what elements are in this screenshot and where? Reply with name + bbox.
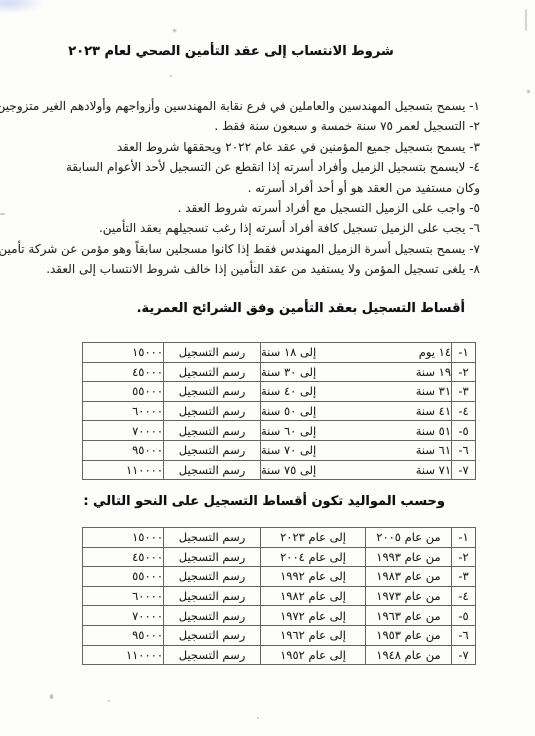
age-to: إلى ١٨ سنة [261, 345, 316, 359]
row-number: ٣- [452, 382, 476, 402]
scan-speck [173, 29, 176, 32]
row-number: ٧- [452, 645, 476, 665]
fee-amount: ١٥٠٠٠ [83, 343, 164, 363]
condition-item-2: ٢- التسجيل لعمر ٧٥ سنة خمسة و سبعون سنة … [54, 116, 480, 136]
birth-from-year: من عام ٢٠٠٥ [366, 528, 452, 548]
condition-item-6: ٦- يجب على الزميل تسجيل كافة أفراد أسرته… [54, 218, 480, 238]
fee-amount: ٧٠٠٠٠ [83, 606, 164, 626]
fee-amount: ٦٠٠٠٠ [83, 586, 164, 606]
fee-amount: ١١٠٠٠٠ [83, 460, 164, 480]
fee-label: رسم التسجيل [164, 401, 261, 421]
fee-amount: ٤٥٠٠٠ [83, 362, 164, 382]
table-row: ٥- ٥١ سنةإلى ٦٠ سنة رسم التسجيل ٧٠٠٠٠ [83, 421, 476, 441]
table-row: ٢- من عام ١٩٩٣ إلى عام ٢٠٠٤ رسم التسجيل … [83, 547, 476, 567]
age-from: ٥١ سنة [416, 424, 451, 438]
scan-speck [0, 213, 5, 215]
birth-fees-table: ١- من عام ٢٠٠٥ إلى عام ٢٠٢٣ رسم التسجيل … [82, 527, 476, 665]
scan-tint-artifact [0, 0, 42, 13]
birth-from-year: من عام ١٩٧٣ [366, 586, 452, 606]
age-to: إلى ٣٠ سنة [261, 365, 316, 379]
fee-label: رسم التسجيل [164, 528, 261, 548]
conditions-list: ١- يسمح بتسجيل المهندسين والعاملين في فر… [54, 96, 480, 280]
condition-item-5: ٥- واجب على الزميل التسجيل مع أفراد أسرت… [54, 198, 480, 218]
scan-speck [257, 717, 259, 719]
age-to: إلى ٧٥ سنة [261, 463, 316, 477]
age-to: إلى ٦٠ سنة [261, 424, 316, 438]
fee-label: رسم التسجيل [164, 625, 261, 645]
age-fees-table: ١- ١٤ يومإلى ١٨ سنة رسم التسجيل ١٥٠٠٠ ٢-… [82, 342, 476, 480]
birth-from-year: من عام ١٩٥٣ [366, 625, 452, 645]
table-row: ٧- ٧١ سنةإلى ٧٥ سنة رسم التسجيل ١١٠٠٠٠ [83, 460, 476, 480]
fee-amount: ١٥٠٠٠ [83, 528, 164, 548]
fee-amount: ١١٠٠٠٠ [83, 645, 164, 665]
age-from: ٣١ سنة [416, 384, 451, 398]
fee-label: رسم التسجيل [164, 382, 261, 402]
age-table-heading: أقساط التسجيل بعقد التأمين وفق الشرائح ا… [137, 301, 465, 316]
birth-table-heading: وحسب المواليد تكون أقساط التسجيل على الن… [83, 494, 445, 509]
row-number: ٢- [452, 362, 476, 382]
row-number: ١- [452, 528, 476, 548]
scan-speck [170, 75, 172, 77]
table-row: ٣- من عام ١٩٨٣ إلى عام ١٩٩٢ رسم التسجيل … [83, 567, 476, 587]
birth-to-year: إلى عام ٢٠٠٤ [261, 547, 366, 567]
condition-item-4: ٤- لايسمح بتسجيل الزميل وأفراد أسرته إذا… [54, 157, 480, 198]
birth-to-year: إلى عام ١٩٥٢ [261, 645, 366, 665]
fee-label: رسم التسجيل [164, 421, 261, 441]
age-range-cell: ٣١ سنةإلى ٤٠ سنة [261, 382, 452, 402]
table-row: ٥- من عام ١٩٦٣ إلى عام ١٩٧٢ رسم التسجيل … [83, 606, 476, 626]
table-row: ٢- ١٩ سنةإلى ٣٠ سنة رسم التسجيل ٤٥٠٠٠ [83, 362, 476, 382]
fee-amount: ٥٥٠٠٠ [83, 382, 164, 402]
row-number: ١- [452, 343, 476, 363]
scan-speck [50, 694, 53, 699]
fee-amount: ٩٥٠٠٠ [83, 625, 164, 645]
fee-amount: ٦٠٠٠٠ [83, 401, 164, 421]
fee-label: رسم التسجيل [164, 362, 261, 382]
row-number: ٢- [452, 547, 476, 567]
age-from: ٦١ سنة [416, 443, 451, 457]
age-range-cell: ٧١ سنةإلى ٧٥ سنة [261, 460, 452, 480]
fee-amount: ٩٥٠٠٠ [83, 440, 164, 460]
fee-amount: ٧٠٠٠٠ [83, 421, 164, 441]
age-to: إلى ٧٠ سنة [261, 443, 316, 457]
table-row: ٤- ٤١ سنةإلى ٥٠ سنة رسم التسجيل ٦٠٠٠٠ [83, 401, 476, 421]
birth-to-year: إلى عام ١٩٦٢ [261, 625, 366, 645]
fee-label: رسم التسجيل [164, 586, 261, 606]
birth-from-year: من عام ١٩٩٣ [366, 547, 452, 567]
row-number: ٦- [452, 440, 476, 460]
table-row: ٦- من عام ١٩٥٣ إلى عام ١٩٦٢ رسم التسجيل … [83, 625, 476, 645]
fee-label: رسم التسجيل [164, 440, 261, 460]
scan-speck [525, 9, 527, 31]
row-number: ٤- [452, 401, 476, 421]
fee-amount: ٤٥٠٠٠ [83, 547, 164, 567]
birth-from-year: من عام ١٩٦٣ [366, 606, 452, 626]
birth-to-year: إلى عام ١٩٨٢ [261, 586, 366, 606]
table-row: ١- من عام ٢٠٠٥ إلى عام ٢٠٢٣ رسم التسجيل … [83, 528, 476, 548]
row-number: ٤- [452, 586, 476, 606]
age-from: ١٤ يوم [419, 345, 451, 359]
age-from: ١٩ سنة [416, 365, 451, 379]
table-row: ١- ١٤ يومإلى ١٨ سنة رسم التسجيل ١٥٠٠٠ [83, 343, 476, 363]
age-from: ٤١ سنة [416, 404, 451, 418]
table-row: ٣- ٣١ سنةإلى ٤٠ سنة رسم التسجيل ٥٥٠٠٠ [83, 382, 476, 402]
birth-from-year: من عام ١٩٤٨ [366, 645, 452, 665]
scanned-document-page: شروط الانتساب إلى عقد التأمين الصحي لعام… [0, 0, 535, 736]
fee-label: رسم التسجيل [164, 547, 261, 567]
age-to: إلى ٤٠ سنة [261, 384, 316, 398]
fee-label: رسم التسجيل [164, 460, 261, 480]
row-number: ٥- [452, 421, 476, 441]
birth-to-year: إلى عام ٢٠٢٣ [261, 528, 366, 548]
fee-label: رسم التسجيل [164, 343, 261, 363]
condition-item-7: ٧- يسمح بتسجيل أسرة الزميل المهندس فقط إ… [54, 239, 480, 259]
fee-label: رسم التسجيل [164, 567, 261, 587]
birth-to-year: إلى عام ١٩٩٢ [261, 567, 366, 587]
row-number: ٥- [452, 606, 476, 626]
scan-speck [527, 90, 530, 93]
age-range-cell: ٥١ سنةإلى ٦٠ سنة [261, 421, 452, 441]
fee-label: رسم التسجيل [164, 606, 261, 626]
age-range-cell: ١٩ سنةإلى ٣٠ سنة [261, 362, 452, 382]
condition-item-1: ١- يسمح بتسجيل المهندسين والعاملين في فر… [54, 96, 480, 116]
age-range-cell: ١٤ يومإلى ١٨ سنة [261, 343, 452, 363]
table-row: ٧- من عام ١٩٤٨ إلى عام ١٩٥٢ رسم التسجيل … [83, 645, 476, 665]
condition-item-8: ٨- يلغى تسجيل المؤمن ولا يستفيد من عقد ا… [54, 259, 480, 279]
age-to: إلى ٥٠ سنة [261, 404, 316, 418]
fee-label: رسم التسجيل [164, 645, 261, 665]
table-row: ٦- ٦١ سنةإلى ٧٠ سنة رسم التسجيل ٩٥٠٠٠ [83, 440, 476, 460]
age-range-cell: ٤١ سنةإلى ٥٠ سنة [261, 401, 452, 421]
document-title: شروط الانتساب إلى عقد التأمين الصحي لعام… [0, 44, 462, 59]
table-row: ٤- من عام ١٩٧٣ إلى عام ١٩٨٢ رسم التسجيل … [83, 586, 476, 606]
birth-to-year: إلى عام ١٩٧٢ [261, 606, 366, 626]
fee-amount: ٥٥٠٠٠ [83, 567, 164, 587]
row-number: ٣- [452, 567, 476, 587]
row-number: ٦- [452, 625, 476, 645]
age-range-cell: ٦١ سنةإلى ٧٠ سنة [261, 440, 452, 460]
scan-speck [108, 700, 110, 702]
birth-from-year: من عام ١٩٨٣ [366, 567, 452, 587]
age-from: ٧١ سنة [416, 463, 451, 477]
row-number: ٧- [452, 460, 476, 480]
condition-item-3: ٣- يسمح بتسجيل جميع المؤمنين في عقد عام … [54, 137, 480, 157]
